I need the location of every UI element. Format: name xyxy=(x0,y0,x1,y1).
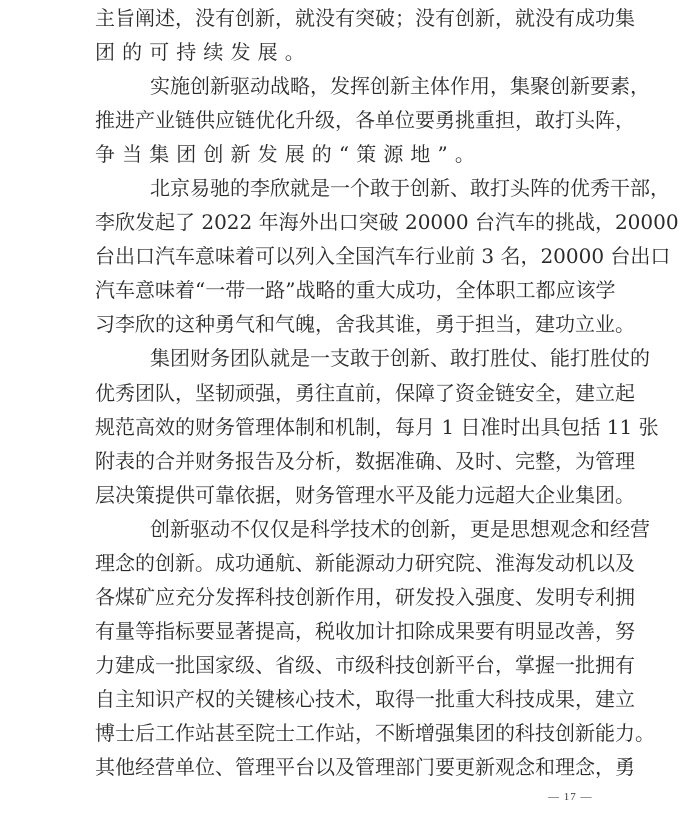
paragraph-1: 主旨阐述，没有创新，就没有突破；没有创新，就没有成功集 团的可持续发展。 xyxy=(95,1,595,69)
text-line: 附表的合并财务报告及分析，数据准确、及时、完整，为管理 xyxy=(95,444,595,478)
text-line: 自主知识产权的关键核心技术，取得一批重大科技成果，建立 xyxy=(95,682,595,716)
text-line: 层决策提供可靠依据，财务管理水平及能力远超大企业集团。 xyxy=(95,478,595,512)
text-line: 李欣发起了 2022 年海外出口突破 20000 台汽车的挑战，20000 xyxy=(95,205,595,239)
text-line: 主旨阐述，没有创新，就没有突破；没有创新，就没有成功集 xyxy=(95,1,595,35)
text-line: 力建成一批国家级、省级、市级科技创新平台，掌握一批拥有 xyxy=(95,648,595,682)
text-line: 北京易驰的李欣就是一个敢于创新、敢打头阵的优秀干部， xyxy=(95,171,595,205)
text-line: 博士后工作站甚至院士工作站，不断增强集团的科技创新能力。 xyxy=(95,716,595,750)
paragraph-5: 创新驱动不仅仅是科学技术的创新，更是思想观念和经营 理念的创新。成功通航、新能源… xyxy=(95,512,595,784)
text-line: 实施创新驱动战略，发挥创新主体作用，集聚创新要素， xyxy=(95,69,595,103)
text-line: 其他经营单位、管理平台以及管理部门要更新观念和理念，勇 xyxy=(95,750,595,784)
text-line: 各煤矿应充分发挥科技创新作用，研发投入强度、发明专利拥 xyxy=(95,580,595,614)
text-line: 习李欣的这种勇气和气魄，舍我其谁，勇于担当，建功立业。 xyxy=(95,307,595,341)
document-page: 主旨阐述，没有创新，就没有突破；没有创新，就没有成功集 团的可持续发展。 实施创… xyxy=(95,1,595,784)
text-line: 汽车意味着“一带一路”战略的重大成功，全体职工都应该学 xyxy=(95,273,595,307)
paragraph-2: 实施创新驱动战略，发挥创新主体作用，集聚创新要素， 推进产业链供应链优化升级，各… xyxy=(95,69,595,171)
text-line: 团的可持续发展。 xyxy=(95,35,595,69)
paragraph-4: 集团财务团队就是一支敢于创新、敢打胜仗、能打胜仗的 优秀团队，坚韧顽强，勇往直前… xyxy=(95,341,595,511)
text-line: 有量等指标要显著提高，税收加计扣除成果要有明显改善，努 xyxy=(95,614,595,648)
text-line: 规范高效的财务管理体制和机制，每月 1 日准时出具包括 11 张 xyxy=(95,410,595,444)
page-number: — 17 — xyxy=(548,791,593,803)
text-line: 创新驱动不仅仅是科学技术的创新，更是思想观念和经营 xyxy=(95,512,595,546)
text-line: 争当集团创新发展的“策源地”。 xyxy=(95,137,595,171)
text-line: 集团财务团队就是一支敢于创新、敢打胜仗、能打胜仗的 xyxy=(95,341,595,375)
text-line: 理念的创新。成功通航、新能源动力研究院、淮海发动机以及 xyxy=(95,546,595,580)
paragraph-3: 北京易驰的李欣就是一个敢于创新、敢打头阵的优秀干部， 李欣发起了 2022 年海… xyxy=(95,171,595,341)
text-line: 推进产业链供应链优化升级，各单位要勇挑重担，敢打头阵， xyxy=(95,103,595,137)
text-line: 台出口汽车意味着可以列入全国汽车行业前 3 名，20000 台出口 xyxy=(95,239,595,273)
text-line: 优秀团队，坚韧顽强，勇往直前，保障了资金链安全，建立起 xyxy=(95,376,595,410)
